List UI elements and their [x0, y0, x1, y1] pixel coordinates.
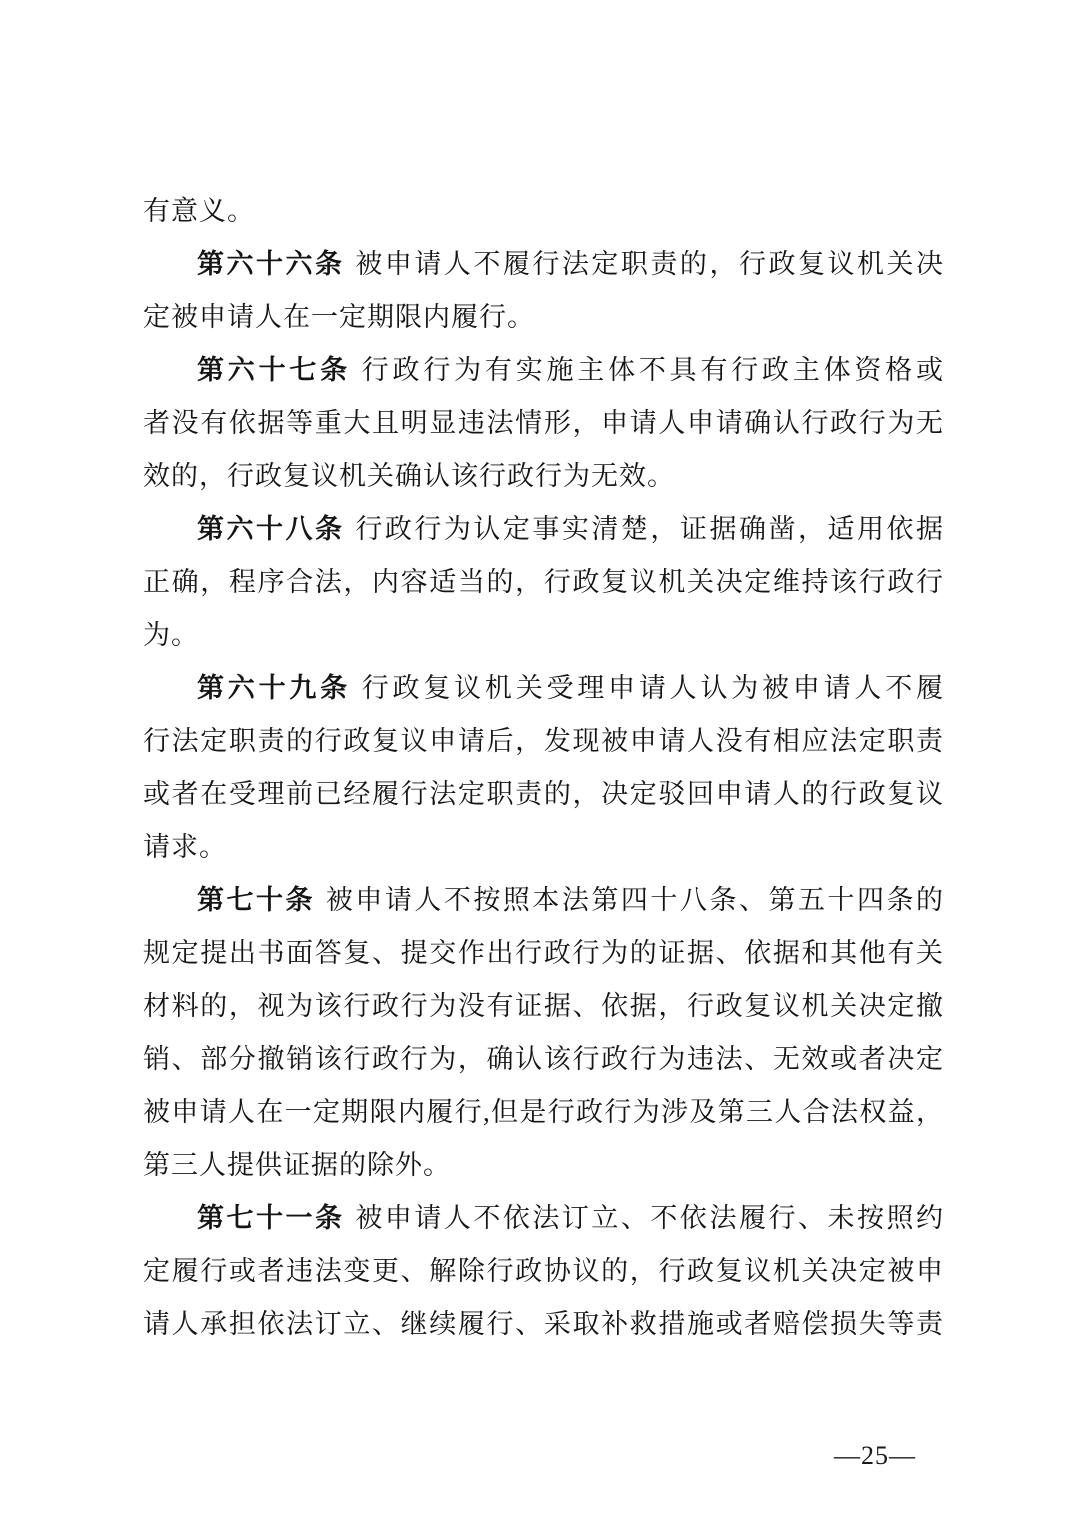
text-line: 被申请人在一定期限内履行,但是行政行为涉及第三人合法权益， [143, 1086, 943, 1139]
text-line: 第七十条被申请人不按照本法第四十八条、第五十四条的 [143, 874, 943, 927]
text-line: 第六十八条行政行为认定事实清楚，证据确凿，适用依据 [143, 503, 943, 556]
text-line: 正确，程序合法，内容适当的，行政复议机关决定维持该行政行 [143, 556, 943, 609]
text-line: 效的，行政复议机关确认该行政行为无效。 [143, 450, 943, 503]
paragraph: 有意义。 [143, 185, 943, 238]
text-line: 者没有依据等重大且明显违法情形，申请人申请确认行政行为无 [143, 397, 943, 450]
text-line: 定履行或者违法变更、解除行政协议的，行政复议机关决定被申 [143, 1245, 943, 1298]
paragraph: 第六十七条行政行为有实施主体不具有行政主体资格或者没有依据等重大且明显违法情形，… [143, 344, 943, 503]
paragraph: 第六十八条行政行为认定事实清楚，证据确凿，适用依据正确，程序合法，内容适当的，行… [143, 503, 943, 662]
text-line: 行法定职责的行政复议申请后，发现被申请人没有相应法定职责 [143, 715, 943, 768]
document-page: 有意义。第六十六条被申请人不履行法定职责的，行政复议机关决定被申请人在一定期限内… [0, 0, 1074, 1520]
article-number: 第六十八条 [197, 514, 345, 544]
text-line: 定被申请人在一定期限内履行。 [143, 291, 943, 344]
paragraph: 第七十一条被申请人不依法订立、不依法履行、未按照约定履行或者违法变更、解除行政协… [143, 1192, 943, 1351]
paragraph: 第六十六条被申请人不履行法定职责的，行政复议机关决定被申请人在一定期限内履行。 [143, 238, 943, 344]
text-line: 请求。 [143, 821, 943, 874]
article-number: 第六十六条 [197, 249, 345, 279]
text-line: 为。 [143, 609, 943, 662]
text-line: 材料的，视为该行政行为没有证据、依据，行政复议机关决定撤 [143, 980, 943, 1033]
paragraph: 第七十条被申请人不按照本法第四十八条、第五十四条的规定提出书面答复、提交作出行政… [143, 874, 943, 1192]
article-number: 第七十条 [197, 885, 315, 915]
text-line: 销、部分撤销该行政行为，确认该行政行为违法、无效或者决定 [143, 1033, 943, 1086]
text-line: 第六十九条行政复议机关受理申请人认为被申请人不履 [143, 662, 943, 715]
text-line: 规定提出书面答复、提交作出行政行为的证据、依据和其他有关 [143, 927, 943, 980]
text-line: 请人承担依法订立、继续履行、采取补救措施或者赔偿损失等责 [143, 1298, 943, 1351]
text-line: 第三人提供证据的除外。 [143, 1139, 943, 1192]
text-line: 第六十六条被申请人不履行法定职责的，行政复议机关决 [143, 238, 943, 291]
document-body: 有意义。第六十六条被申请人不履行法定职责的，行政复议机关决定被申请人在一定期限内… [143, 185, 943, 1351]
article-number: 第六十七条 [197, 355, 351, 385]
paragraph: 第六十九条行政复议机关受理申请人认为被申请人不履行法定职责的行政复议申请后，发现… [143, 662, 943, 874]
article-number: 第七十一条 [197, 1203, 345, 1233]
page-number: —25— [834, 1438, 916, 1474]
text-line: 或者在受理前已经履行法定职责的，决定驳回申请人的行政复议 [143, 768, 943, 821]
text-line: 第七十一条被申请人不依法订立、不依法履行、未按照约 [143, 1192, 943, 1245]
text-line: 有意义。 [143, 185, 943, 238]
article-number: 第六十九条 [197, 673, 351, 703]
text-line: 第六十七条行政行为有实施主体不具有行政主体资格或 [143, 344, 943, 397]
